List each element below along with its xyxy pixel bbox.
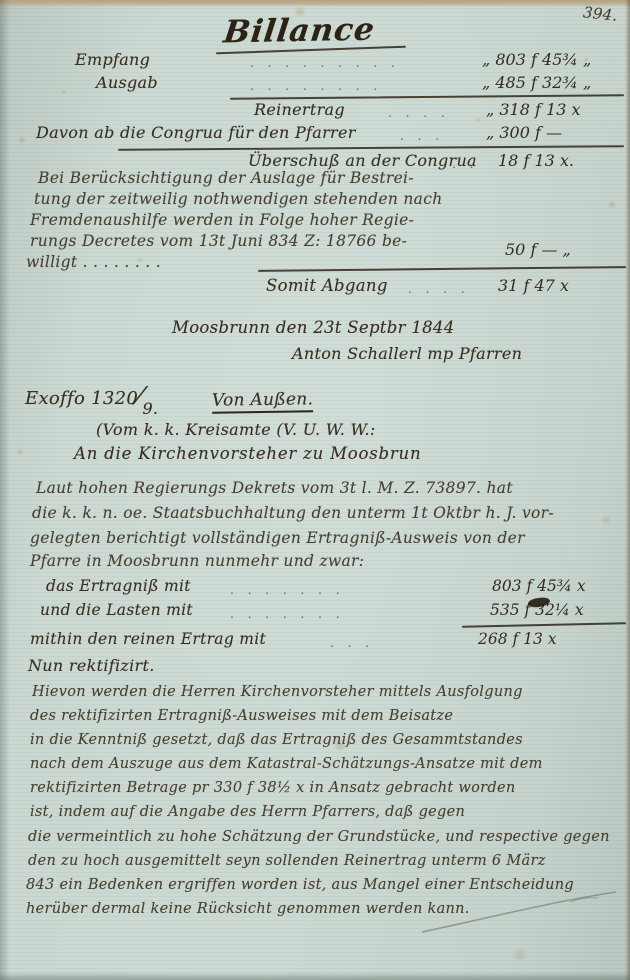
ledger-row-label: Ausgab [96,73,158,92]
paragraph-line: willigt . . . . . . . . [26,253,161,271]
exhibit-prefix: Exoffo [25,388,85,409]
signature-line: Anton Schallerl mp Pfarren [292,344,522,363]
dot-leader: . . . . . . . . [250,79,382,93]
exhibit-numerator: 1320 [91,388,138,409]
manuscript-page: 394. Billance Empfang . . . . . . . . . … [0,0,630,980]
paragraph-line: rektifizirten Betrage pr 330 f 38½ x in … [30,780,515,796]
dot-leader: . . . . . . . [230,607,345,621]
exhibit-number: Exoffo 1320⁄9. [25,382,158,410]
ledger-row-label: und die Lasten mit [40,601,193,619]
paragraph-line: Hievon werden die Herren Kirchenvorstehe… [32,684,523,700]
ledger-row-label: das Ertragniß mit [46,577,191,595]
sum-rule [258,266,626,272]
paragraph-line: ist, indem auf die Angabe des Herrn Pfar… [30,804,465,820]
paragraph-line: die vermeintlich zu hohe Schätzung der G… [28,829,610,845]
ledger-row-amount: 268 f 13 x [478,630,557,648]
ledger-row-amount: 18 f 13 x. [498,151,574,170]
rectified-note: Nun rektifizirt. [28,656,155,675]
ledger-row-label: Empfang [75,50,150,69]
paragraph-line: in die Kenntniß gesetzt, daß das Ertragn… [30,732,523,748]
paragraph-line: den zu hoch ausgemittelt seyn sollenden … [28,853,546,869]
paragraph-line: Bei Berücksichtigung der Auslage für Bes… [38,169,414,187]
sum-rule [462,622,626,627]
result-amount: 31 f 47 x [498,276,569,295]
exhibit-denominator: 9. [142,399,158,418]
date-line: Moosbrunn den 23t Septbr 1844 [172,318,455,337]
folio-number: 394. [583,3,619,25]
ledger-row-label: Davon ab die Congrua für den Pfarrer [36,123,356,142]
paragraph-line: gelegten berichtigt vollständigen Ertrag… [30,529,525,547]
granted-amount: 50 f — „ [505,240,571,259]
dot-leader: . . . . [388,106,450,120]
paragraph-line: tung der zeitweilig nothwendigen stehend… [34,190,442,208]
sender-line: (Vom k. k. Kreisamte (V. U. W. W.: [96,420,376,439]
addressee-line: An die Kirchenvorsteher zu Moosbrun [74,444,421,463]
dot-leader: . . . [330,636,374,650]
sum-rule [230,94,624,99]
paragraph-line: Pfarre in Moosbrunn nunmehr und zwar: [30,552,364,570]
paragraph-line: Fremdenaushilfe werden in Folge hoher Re… [30,211,414,229]
dot-leader: . . [452,157,478,171]
paragraph-line: des rektifizirten Ertragniß-Ausweises mi… [30,708,453,724]
section-heading: Von Außen. [212,389,314,413]
ledger-row-amount: „ 803 f 45¾ „ [482,50,591,69]
result-label: Somit Abgang [266,276,388,295]
dot-leader: . . . . . . . . . [250,56,400,70]
page-edge-right [625,0,630,980]
paragraph-line: 843 ein Bedenken ergriffen worden ist, a… [26,877,574,893]
paragraph-line: nach dem Auszuge aus dem Katastral-Schät… [30,756,543,772]
ledger-row-label: mithin den reinen Ertrag mit [30,630,266,648]
ledger-row-label: Reinertrag [254,100,345,119]
ledger-row-label: Überschuß an der Congrua [248,151,477,170]
page-edge-left [0,0,10,980]
paragraph-line: Laut hohen Regierungs Dekrets vom 3t l. … [36,479,513,497]
ledger-row-amount: „ 485 f 32¾ „ [482,73,591,92]
paragraph-line: rungs Decretes vom 13t Juni 834 Z: 18766… [30,232,407,250]
sum-rule [118,145,624,151]
dot-leader: . . . [400,129,444,143]
document-title: Billance [222,12,378,51]
ledger-row-amount: „ 300 f — [486,123,562,142]
ledger-row-amount: „ 318 f 13 x [486,100,580,119]
paragraph-line: die k. k. n. oe. Staatsbuchhaltung den u… [32,504,554,522]
page-edge-bottom [0,972,630,980]
dot-leader: . . . . . . . [230,583,345,597]
paragraph-line: herüber dermal keine Rücksicht genommen … [26,901,470,917]
ledger-row-amount: 803 f 45¾ x [492,577,586,595]
dot-leader: . . . . [408,282,470,296]
page-edge-top [0,0,630,7]
